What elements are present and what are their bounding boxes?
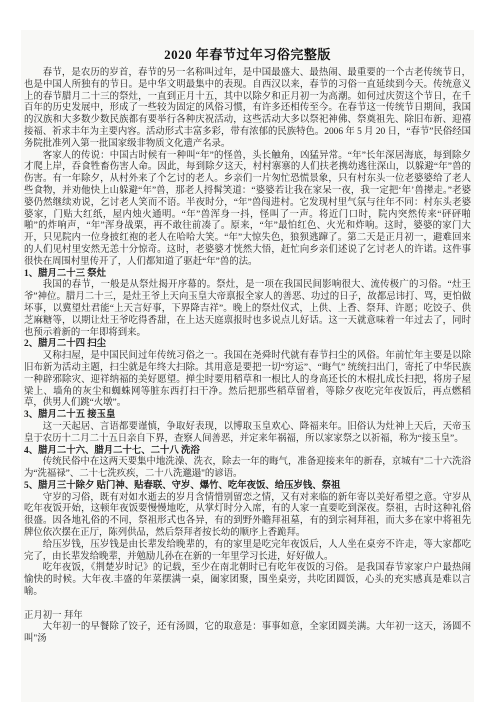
paragraph: 吃年夜饭，《荆楚岁时记》的记载，至少在南北朝时已有吃年夜饭的习俗。 是我国春节家… [24, 563, 471, 598]
paragraph: 给压岁钱，压岁钱是由长辈发给晚辈的，有的家里是吃完年夜饭后，人人坐在桌旁不许走，… [24, 540, 471, 564]
paragraph: 守岁的习俗，既有对如水逝去的岁月含情惜别留恋之情，又有对来临的新年寄以美好希望之… [24, 493, 471, 540]
paragraph: 春节，是农历的岁首，春节的另一名称叫过年，是中国最盛大、最热闹、最重要的一个古老… [24, 68, 471, 151]
paragraph: 我国的春节，一般是从祭灶揭开序幕的。祭灶，是一项在我国民间影响很大、流传极广的习… [24, 280, 471, 339]
blank-line [24, 599, 471, 611]
section-heading: 5、腊月三十除夕 贴门神、贴春联、守岁、爆竹、吃年夜饭、给压岁钱、祭祖 [24, 481, 471, 493]
section-heading: 3、腊月二十五 接玉皇 [24, 410, 471, 422]
document-body: 春节，是农历的岁首，春节的另一名称叫过年，是中国最盛大、最热闹、最重要的一个古老… [24, 68, 471, 646]
paragraph: 客家人的传说：中国古时候有一种叫“年”的怪兽，头长触角，凶猛异常。“年”长年深居… [24, 151, 471, 269]
document-page: 2020 年春节过年习俗完整版 春节，是农历的岁首，春节的另一名称叫过年，是中国… [21, 30, 474, 702]
section-heading: 1、腊月二十三 祭灶 [24, 269, 471, 281]
paragraph: 传统民俗中在这两天要集中地洗澡、洗衣，除去一年的晦气，准备迎接来年的新春，京城有… [24, 457, 471, 481]
paragraph: 又称扫屋，是中国民间过年传统习俗之一。我国在尧舜时代就有春节扫尘的风俗。年前忙年… [24, 351, 471, 410]
document-viewer: 2020 年春节过年习俗完整版 春节，是农历的岁首，春节的另一名称叫过年，是中国… [0, 0, 496, 702]
paragraph: 这一天起居、言语都要谨慎，争取好表现，以博取玉皇欢心、降福来年。旧俗认为灶神上天… [24, 422, 471, 446]
page-title: 2020 年春节过年习俗完整版 [24, 44, 471, 63]
paragraph: 大年初一的早餐除了饺子，还有汤圆，它的取意是：事事如意，全家团圆美满。大年初一这… [24, 622, 471, 646]
section-heading: 4、腊月二十六、腊月二十七、二十八 洗浴 [24, 446, 471, 458]
section-heading: 正月初一 拜年 [24, 611, 471, 623]
section-heading: 2、腊月二十四 扫尘 [24, 339, 471, 351]
